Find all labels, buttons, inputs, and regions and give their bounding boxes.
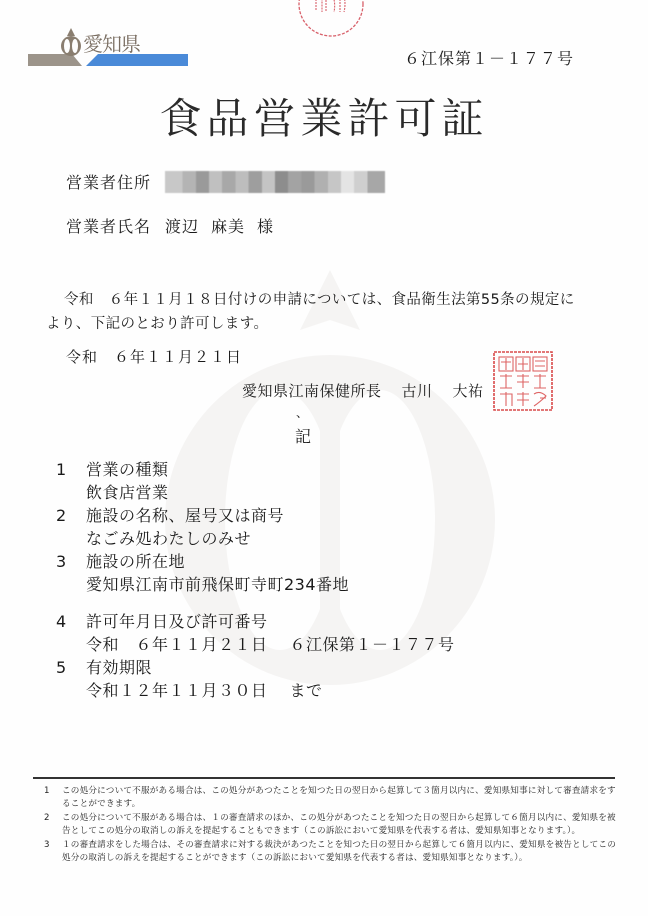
item-label: 許可年月日及び許可番号: [86, 612, 268, 631]
issuer-title: 愛知県江南保健所長: [242, 382, 382, 400]
name-given: 麻美: [211, 217, 245, 236]
aichi-prefecture-logo: 愛知県: [28, 26, 188, 70]
top-seal-stamp-icon: [296, 0, 366, 42]
item-5-label-row: 5有効期限: [56, 656, 455, 679]
tick-mark: 、: [296, 404, 308, 421]
address-value-redacted: [165, 171, 385, 193]
issuer-surname: 古川: [402, 382, 433, 400]
name-label: 営業者氏名: [66, 214, 151, 237]
ki-heading: 記: [295, 424, 311, 447]
footnotes: 1 この処分について不服がある場合は、この処分があつたことを知つた日の翌日から起…: [44, 785, 618, 865]
item-5-value: 令和１２年１１月３０日まで: [56, 679, 455, 702]
footnote-1: 1 この処分について不服がある場合は、この処分があつたことを知つた日の翌日から起…: [44, 785, 618, 812]
item-1-label-row: 1営業の種類: [56, 458, 455, 481]
name-surname: 渡辺: [165, 217, 199, 236]
item-3-value: 愛知県江南市前飛保町寺町234番地: [56, 573, 455, 596]
item-label: 施設の所在地: [86, 552, 185, 571]
name-value: 渡辺麻美様: [165, 214, 286, 237]
item-4-value: 令和 ６年１１月２１日６江保第１－１７７号: [56, 633, 455, 656]
official-seal-stamp-icon: [492, 350, 554, 412]
document-title: 食品営業許可証: [0, 86, 648, 146]
item-1-value: 飲食店営業: [56, 481, 455, 504]
permit-number-value: ６江保第１－１７７号: [290, 635, 455, 654]
item-label: 有効期限: [86, 658, 152, 677]
issuer: 愛知県江南保健所長古川大祐: [242, 380, 484, 401]
item-2-label-row: 2施設の名称、屋号又は商号: [56, 504, 455, 527]
honorific: 様: [257, 217, 274, 236]
item-label: 営業の種類: [86, 460, 169, 479]
item-3-label-row: 3施設の所在地: [56, 550, 455, 573]
permit-date: 令和 ６年１１月２１日: [86, 635, 268, 654]
body-paragraph: 令和 ６年１１月１８日付けの申請については、食品衛生法第55条の規定に より、下…: [46, 288, 586, 336]
item-4-label-row: 4許可年月日及び許可番号: [56, 610, 455, 633]
permit-items-list: 1営業の種類 飲食店営業 2施設の名称、屋号又は商号 なごみ処わたしのみせ 3施…: [56, 458, 455, 702]
item-label: 施設の名称、屋号又は商号: [86, 506, 284, 525]
expiry-suffix: まで: [290, 681, 323, 700]
name-row: 営業者氏名 渡辺麻美様: [66, 214, 286, 237]
item-2-value: なごみ処わたしのみせ: [56, 527, 455, 550]
permit-number: ６江保第１－１７７号: [404, 46, 574, 69]
issue-date: 令和 ６年１１月２１日: [66, 346, 242, 367]
footnote-2: 2 この処分について不服がある場合は、１の審査請求のほか、この処分があつたことを…: [44, 812, 618, 839]
expiry-date: 令和１２年１１月３０日: [86, 681, 268, 700]
footnote-divider: [33, 777, 615, 779]
logo-text: 愛知県: [83, 28, 140, 57]
address-label: 営業者住所: [66, 170, 151, 193]
footnote-3: 3 １の審査請求をした場合は、その審査請求に対する裁決があつたことを知つた日の翌…: [44, 839, 618, 866]
body-line-1: 令和 ６年１１月１８日付けの申請については、食品衛生法第55条の規定に: [46, 288, 586, 312]
issuer-given: 大祐: [453, 382, 484, 400]
body-line-2: より、下記のとおり許可します。: [46, 312, 586, 336]
address-row: 営業者住所: [66, 170, 385, 193]
permit-document: 愛知県 ６江保第１－１７７号 食品営業許可証 営業者住所 営業者氏名 渡辺麻美様…: [0, 0, 648, 916]
